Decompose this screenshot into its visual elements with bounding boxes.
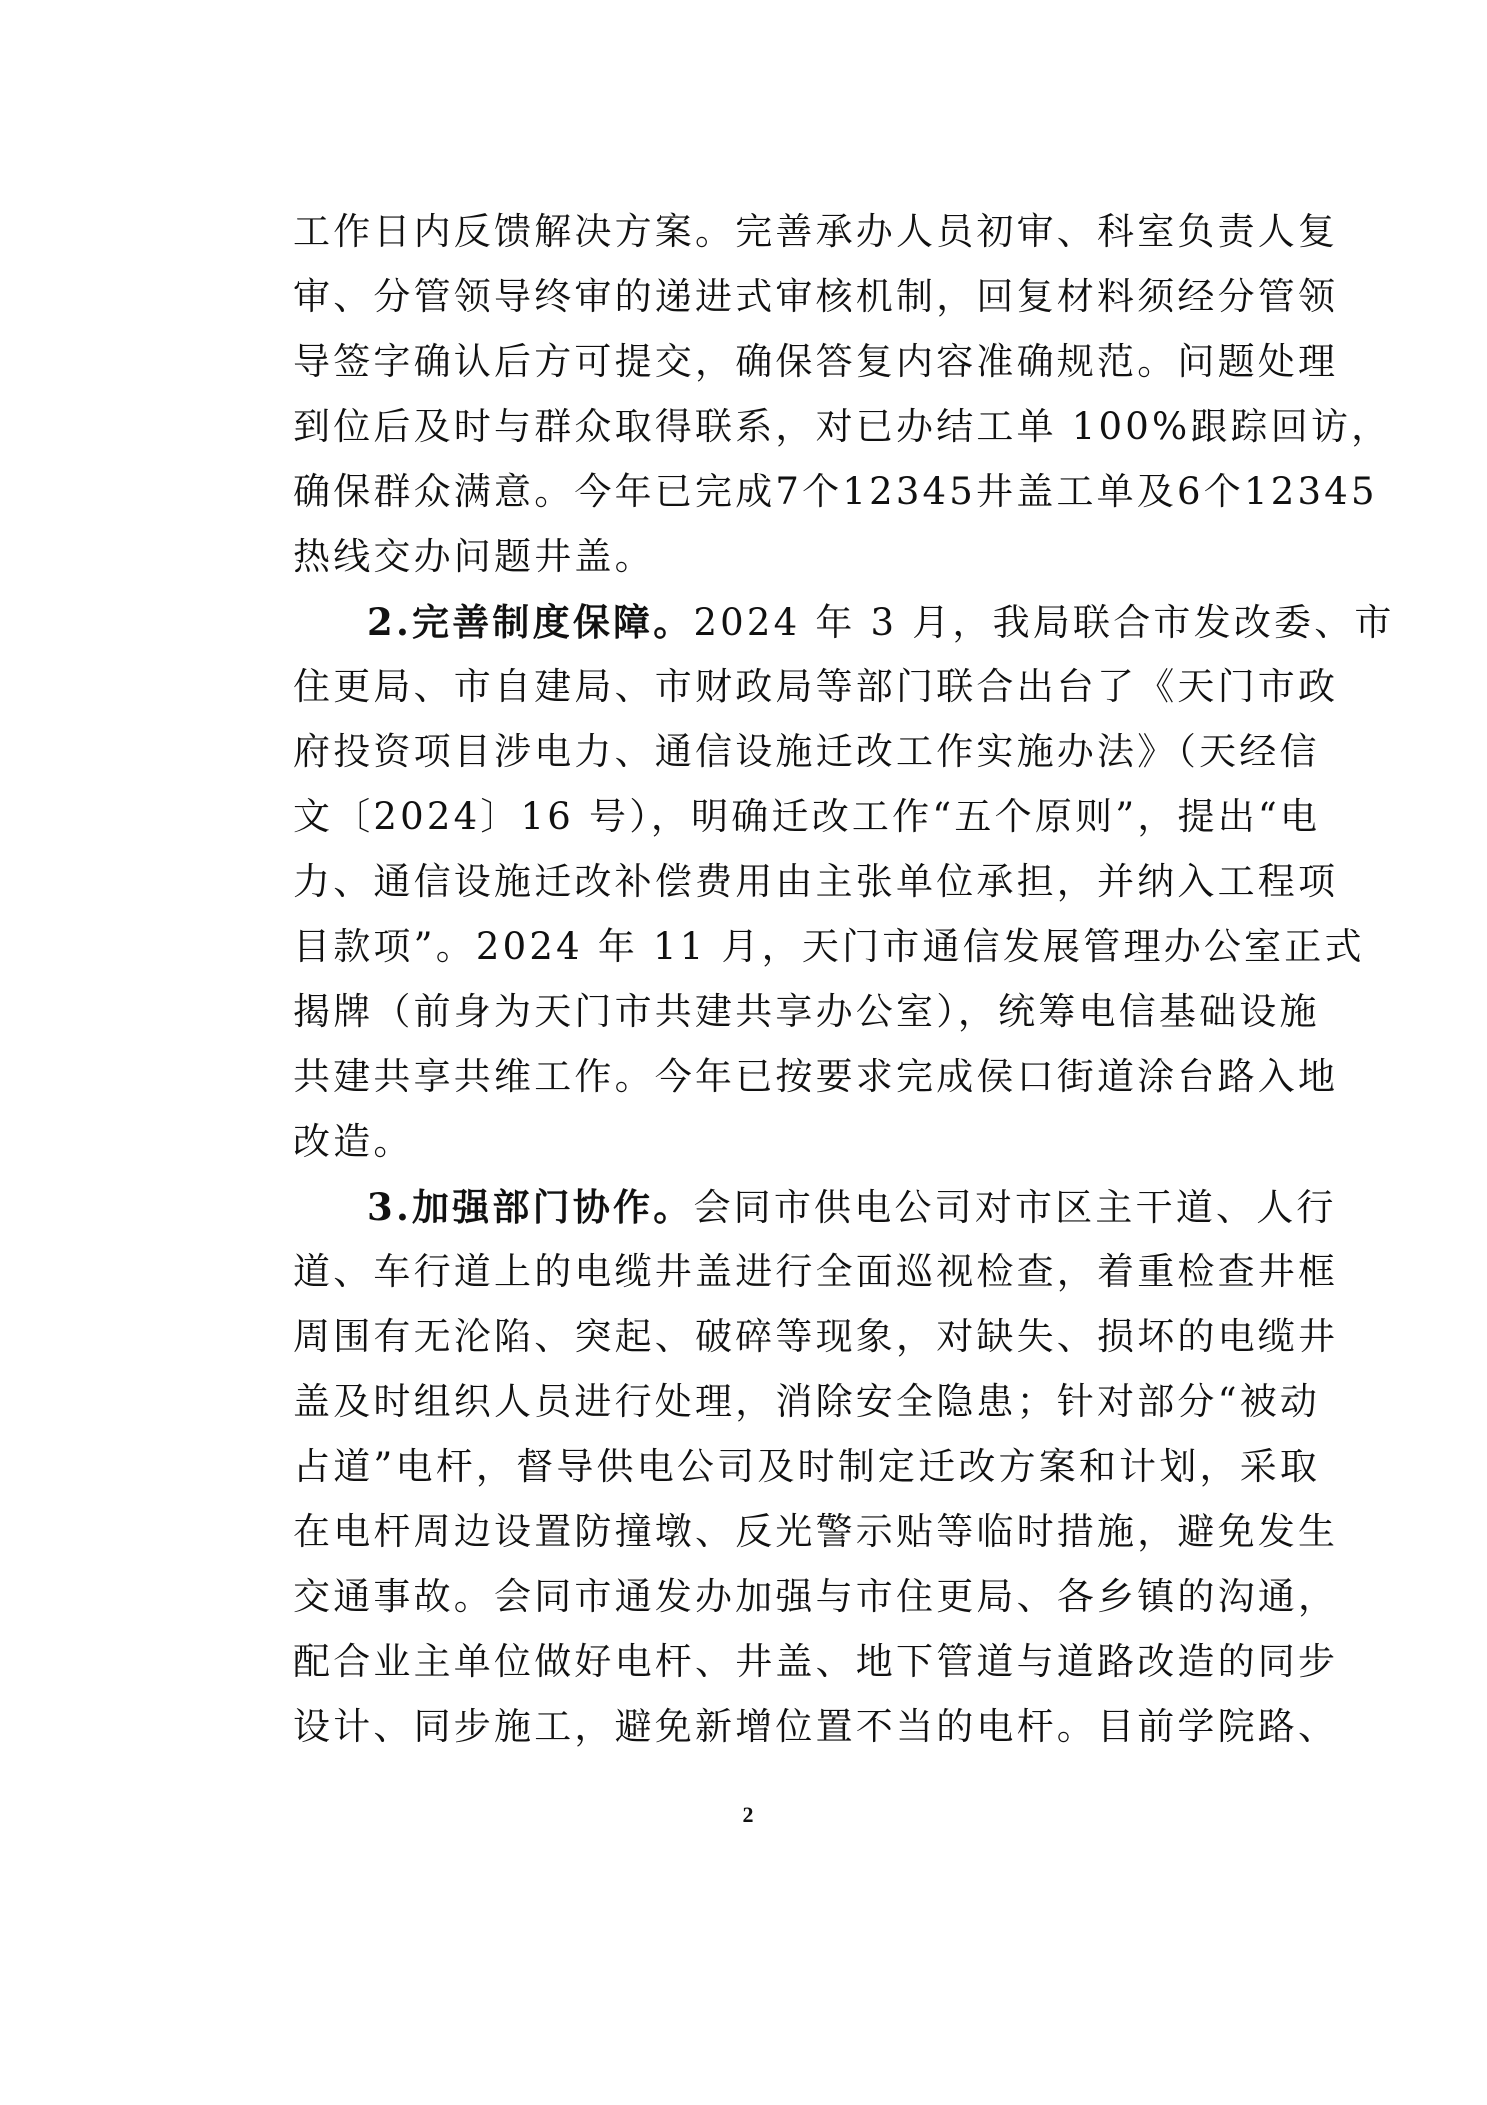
body-line: 工作日内反馈解决方案。完善承办人员初审、科室负责人复 xyxy=(293,202,1223,262)
body-line: 审、分管领导终审的递进式审核机制，回复材料须经分管领 xyxy=(293,267,1223,327)
body-line: 住更局、市自建局、市财政局等部门联合出台了《天门市政 xyxy=(293,657,1223,717)
body-line: 力、通信设施迁改补偿费用由主张单位承担，并纳入工程项 xyxy=(293,852,1223,912)
body-line: 导签字确认后方可提交，确保答复内容准确规范。问题处理 xyxy=(293,332,1223,392)
body-line: 确保群众满意。今年已完成7个12345井盖工单及6个12345 xyxy=(293,462,1223,522)
body-text: 2024 年 3 月，我局联合市发改委、市 xyxy=(693,601,1394,644)
body-line: 文〔2024〕16 号），明确迁改工作“五个原则”，提出“电 xyxy=(293,787,1223,847)
body-line: 盖及时组织人员进行处理，消除安全隐患；针对部分“被动 xyxy=(293,1372,1223,1432)
section-heading-3: 3.加强部门协作。 xyxy=(367,1185,693,1229)
body-line: 设计、同步施工，避免新增位置不当的电杆。目前学院路、 xyxy=(293,1697,1223,1757)
body-line: 目款项”。2024 年 11 月，天门市通信发展管理办公室正式 xyxy=(293,917,1223,977)
body-text: 会同市供电公司对市区主干道、人行 xyxy=(693,1186,1336,1229)
body-line: 共建共享共维工作。今年已按要求完成侯口街道涂台路入地 xyxy=(293,1047,1223,1107)
body-line: 揭牌（前身为天门市共建共享办公室），统筹电信基础设施 xyxy=(293,982,1223,1042)
body-line: 周围有无沦陷、突起、破碎等现象，对缺失、损坏的电缆井 xyxy=(293,1307,1223,1367)
body-line: 道、车行道上的电缆井盖进行全面巡视检查，着重检查井框 xyxy=(293,1242,1223,1302)
body-line: 热线交办问题井盖。 xyxy=(293,527,1223,587)
section-2-first-line: 2.完善制度保障。2024 年 3 月，我局联合市发改委、市 xyxy=(367,592,1223,652)
body-line: 在电杆周边设置防撞墩、反光警示贴等临时措施，避免发生 xyxy=(293,1502,1223,1562)
body-line: 占道”电杆，督导供电公司及时制定迁改方案和计划，采取 xyxy=(293,1437,1223,1497)
body-line: 府投资项目涉电力、通信设施迁改工作实施办法》（天经信 xyxy=(293,722,1223,782)
body-line: 到位后及时与群众取得联系，对已办结工单 100%跟踪回访， xyxy=(293,397,1223,457)
section-heading-2: 2.完善制度保障。 xyxy=(367,600,693,644)
page-number: 2 xyxy=(733,1800,763,1830)
body-line: 配合业主单位做好电杆、井盖、地下管道与道路改造的同步 xyxy=(293,1632,1223,1692)
body-line: 交通事故。会同市通发办加强与市住更局、各乡镇的沟通， xyxy=(293,1567,1223,1627)
document-page: 工作日内反馈解决方案。完善承办人员初审、科室负责人复 审、分管领导终审的递进式审… xyxy=(0,0,1487,2105)
section-3-first-line: 3.加强部门协作。会同市供电公司对市区主干道、人行 xyxy=(367,1177,1223,1237)
body-line: 改造。 xyxy=(293,1112,1223,1172)
